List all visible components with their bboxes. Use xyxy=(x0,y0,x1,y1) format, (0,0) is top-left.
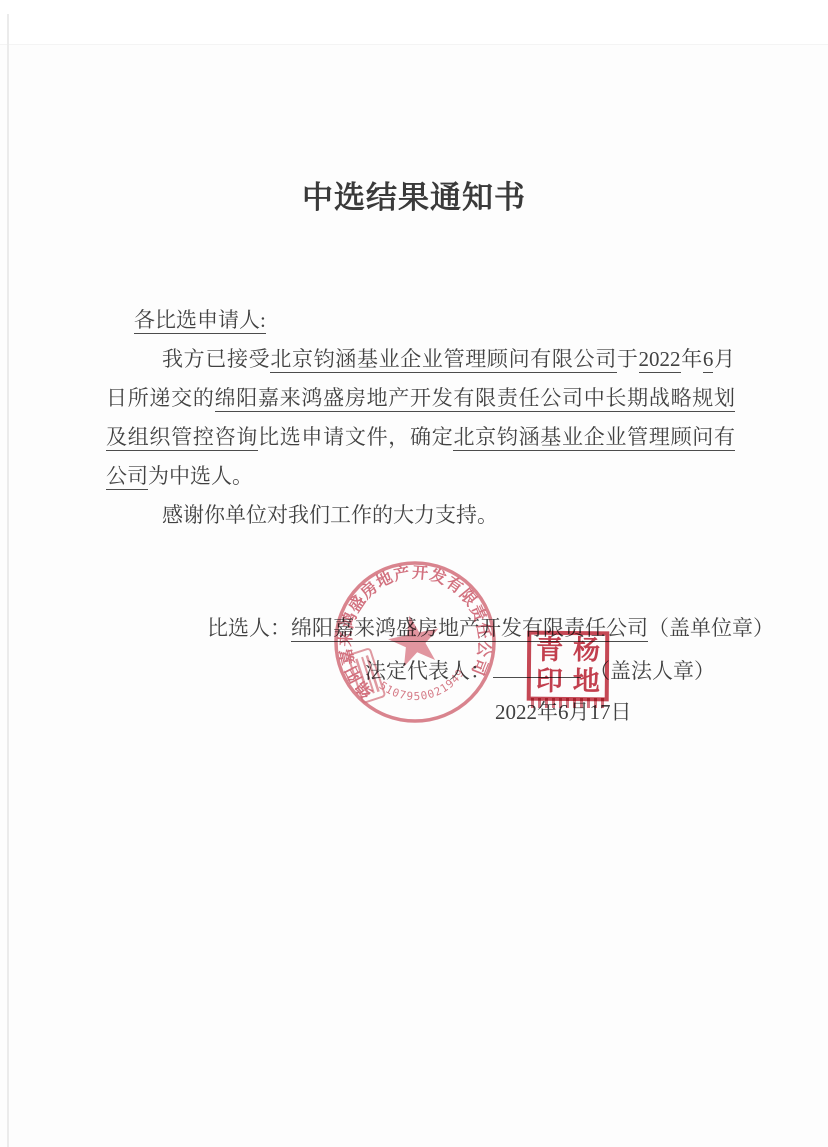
svg-text:5107950021949: 5107950021949 xyxy=(375,662,472,712)
body-line-4: 公司为中选人。 xyxy=(106,457,735,496)
seal-char-top-right: 杨 xyxy=(573,637,600,664)
body-line-2: 日所递交的绵阳嘉来鸿盛房地产开发有限责任公司中长期战略规划 xyxy=(106,379,735,418)
seal-char-top-left: 青 xyxy=(536,637,563,664)
selector-label: 比选人： xyxy=(207,616,291,640)
underlined-year: 2022 xyxy=(639,347,681,373)
underlined-month: 6 xyxy=(703,347,714,373)
star-icon xyxy=(384,610,444,668)
thanks-text: 感谢你单位对我们工作的大力支持。 xyxy=(162,503,498,527)
selector-seal-note: （盖单位章） xyxy=(648,616,774,640)
salutation-line: 各比选申请人: xyxy=(134,301,735,340)
body-line-5: 感谢你单位对我们工作的大力支持。 xyxy=(106,496,735,535)
seal-char-bottom-right: 地 xyxy=(573,668,600,695)
scan-top-strip xyxy=(0,0,828,45)
legal-representative-seal: 青 杨 印 地 xyxy=(527,631,610,702)
text-segment: 年 xyxy=(681,347,703,371)
seal-fineprint-row xyxy=(531,698,605,708)
document-title: 中选结果通知书 xyxy=(0,172,828,217)
document-body: 各比选申请人: 我方已接受北京钧涵基业企业管理顾问有限公司于2022年6月16 … xyxy=(106,301,735,535)
underlined-project-name: 绵阳嘉来鸿盛房地产开发有限责任公司中长期战略规划 xyxy=(215,386,735,412)
scanned-document-page: 中选结果通知书 各比选申请人: 我方已接受北京钧涵基业企业管理顾问有限公司于20… xyxy=(0,0,828,1147)
text-segment: 比选申请文件，确定 xyxy=(258,425,453,449)
seal-char-bottom-left: 印 xyxy=(536,668,563,695)
text-segment: 为中选人。 xyxy=(148,464,253,488)
body-line-3: 及组织管控咨询比选申请文件，确定北京钧涵基业企业管理顾问有限 xyxy=(106,418,735,457)
underlined-company-name: 北京钧涵基业企业管理顾问有限公司 xyxy=(270,347,617,373)
text-segment: 于 xyxy=(617,347,639,371)
seal-serial-number: 5107950021949 xyxy=(375,662,472,712)
body-line-1: 我方已接受北京钧涵基业企业管理顾问有限公司于2022年6月16 xyxy=(106,340,735,379)
text-segment: 月 xyxy=(713,347,735,371)
text-segment: 日所递交的 xyxy=(106,386,215,410)
underlined-company-name-cont: 公司 xyxy=(106,464,148,490)
salutation-text: 各比选申请人: xyxy=(134,308,266,334)
text-segment: 我方已接受 xyxy=(162,347,270,371)
underlined-project-name-cont: 及组织管控咨询 xyxy=(106,425,258,451)
company-round-seal: 绵阳嘉来鸿盛房地产开发有限责任公司 5107950021949 xyxy=(320,547,510,737)
